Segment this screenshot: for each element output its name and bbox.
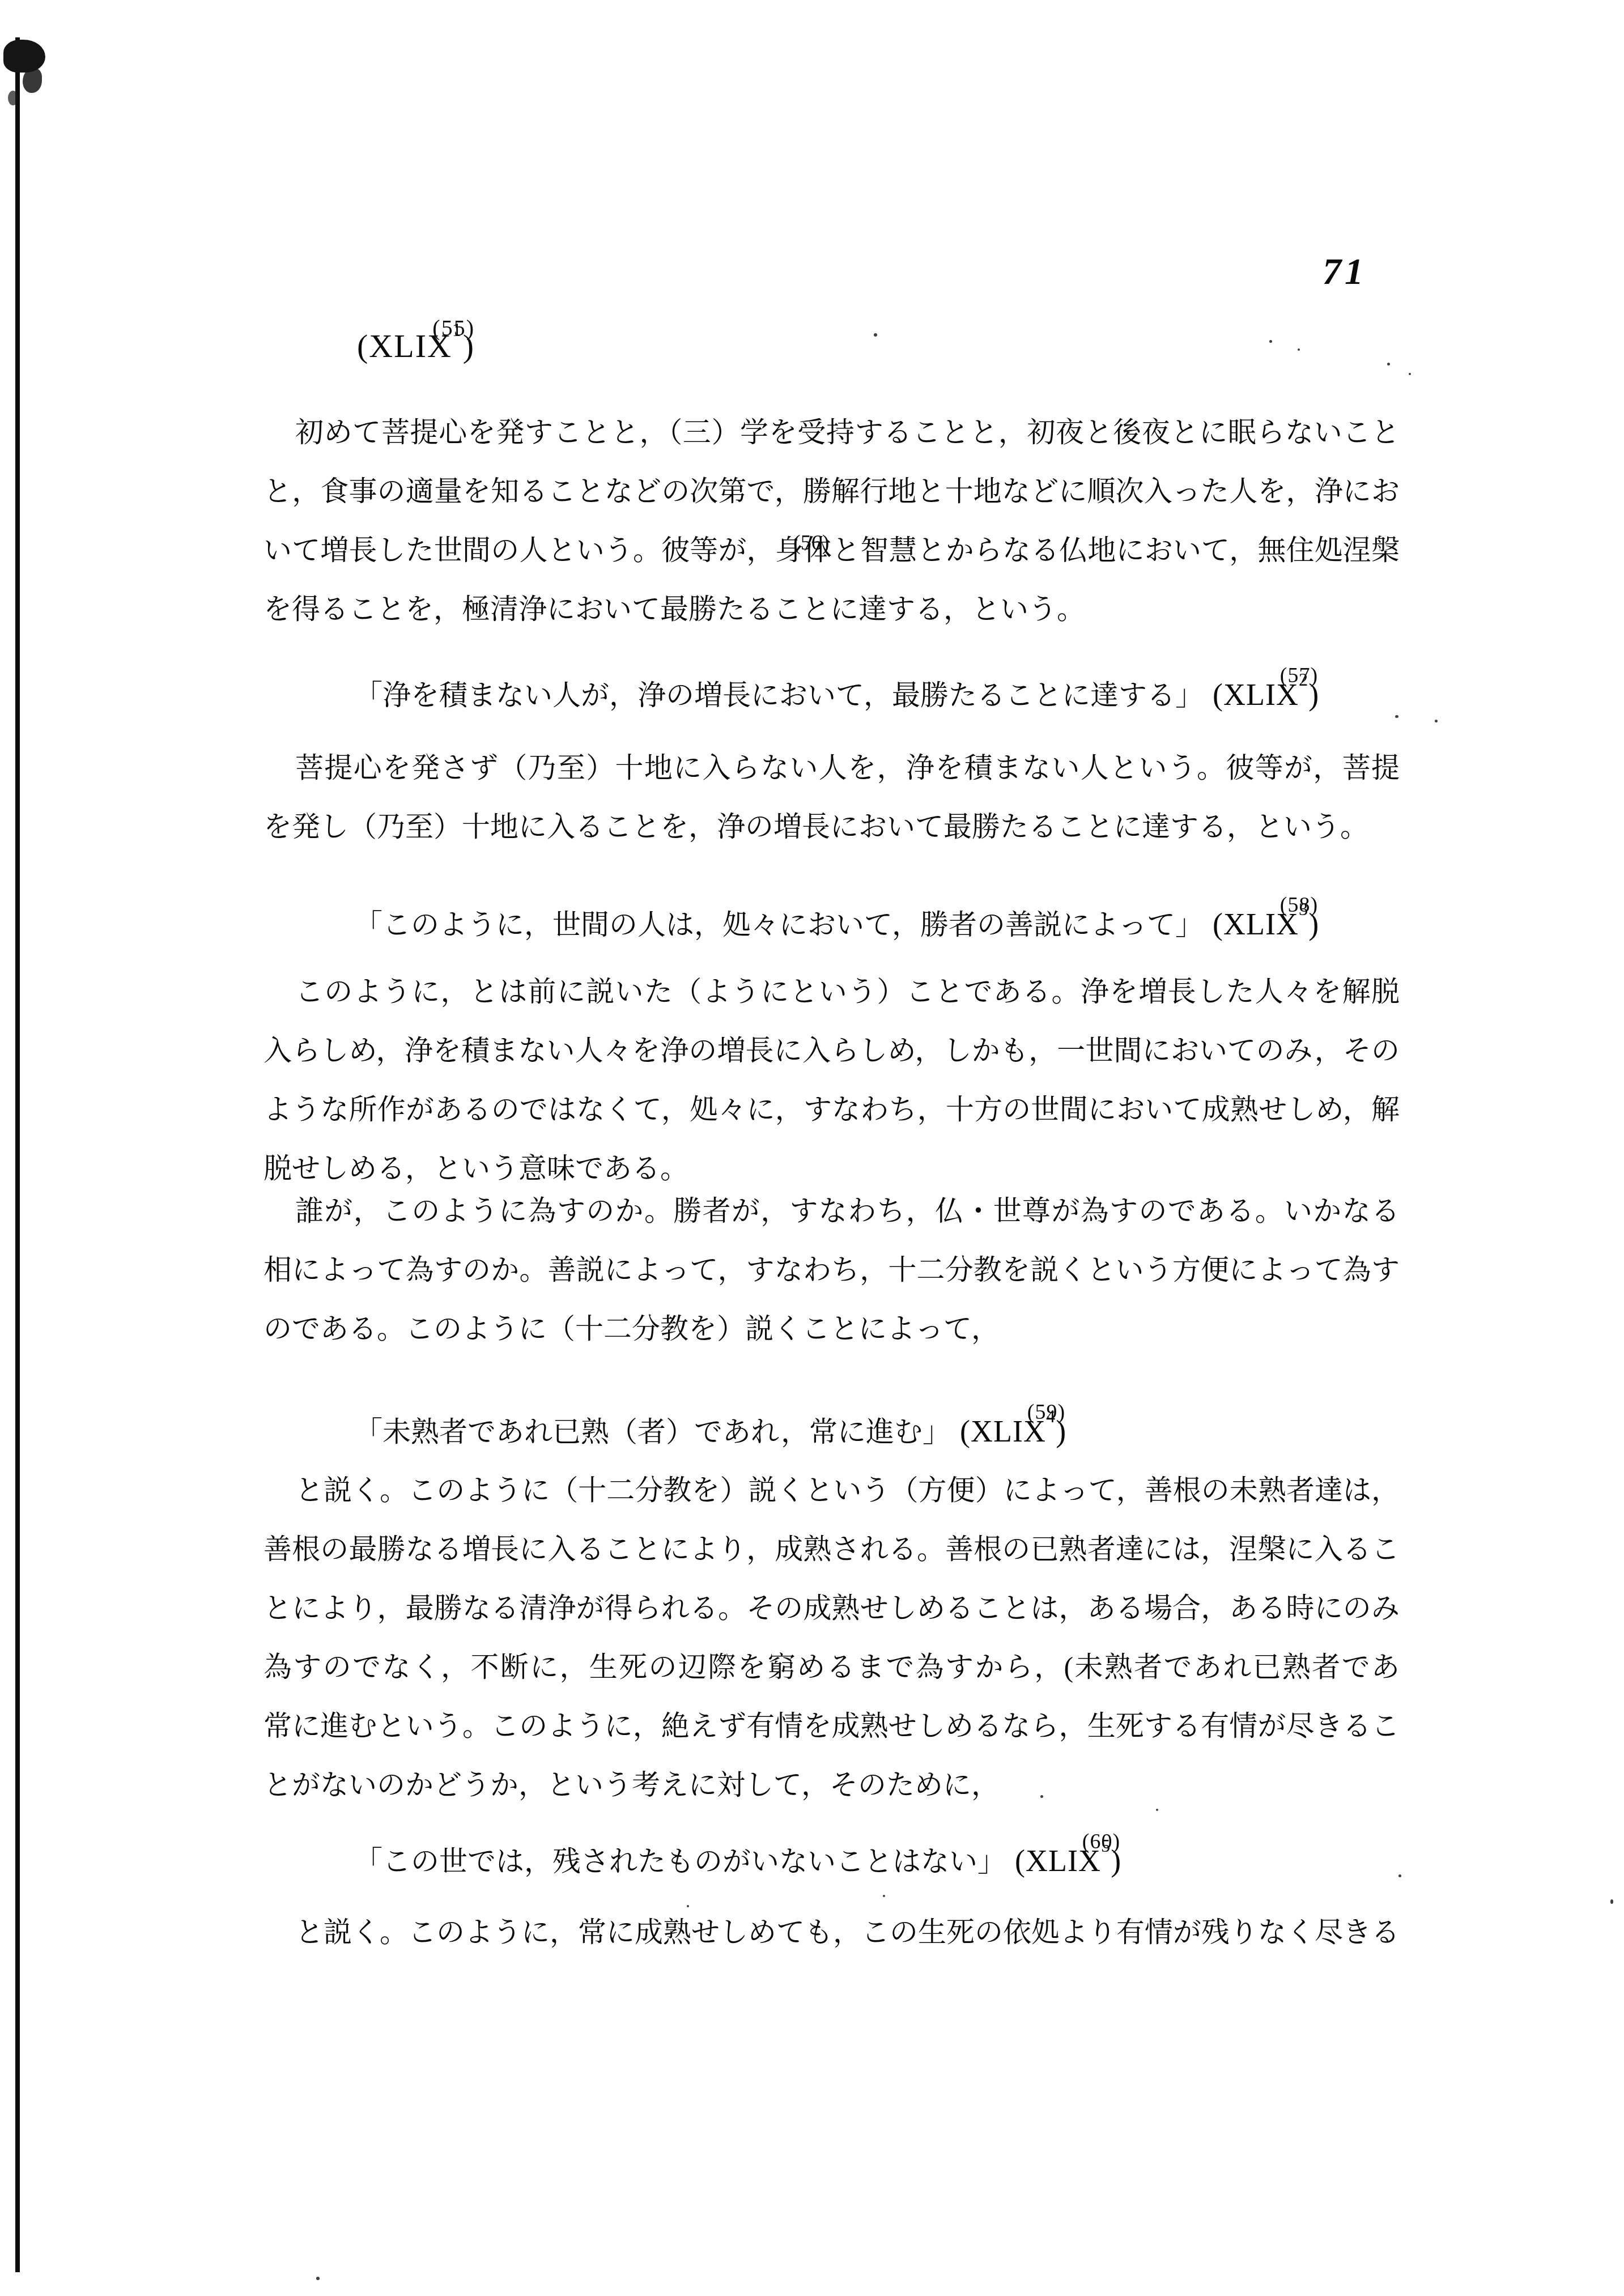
verse-ref-sup: 1 [452,320,463,341]
verse-ref: (60)(XLIX5) [1015,1844,1121,1878]
quote-text: 「この世では，残されたものがいないことはない」 [354,1846,1006,1877]
verse-quote-2: 「このように，世間の人は，処々において，勝者の善説によって」(58)(XLIX3… [263,871,1400,938]
verse-quote-4: 「この世では，残されたものがいないことはない」(60)(XLIX5) [263,1808,1400,1875]
verse-ref: (59)(XLIX4) [960,1414,1066,1448]
scan-speck [1409,373,1411,375]
text-line: と説く。このように，常に成熟せしめても，この生死の依処より有情が残りなく尽きる [263,1903,1400,1962]
scan-ink-blob [3,40,45,73]
scan-ink-blob [23,68,42,93]
verse-ref: (57)(XLIX2) [1213,678,1319,712]
text-line: 善根の最勝なる増長に入ることにより，成熟される。善根の已熟者達には，涅槃に入るこ [263,1520,1400,1579]
text-line: と，食事の適量を知ることなどの次第で，勝解行地と十地などに順次入った人を，浄にお [263,462,1400,521]
verse-ref-sup: 3 [1299,899,1308,920]
scan-speck [1156,1809,1158,1811]
quote-text: 「浄を積まない人が，浄の増長において，最勝たることに達する」 [354,679,1204,711]
page-number: 71 [1323,250,1367,294]
scan-edge-line [15,37,20,2272]
text-line: 誰が，このように為すのか。勝者が，すなわち，仏・世尊が為すのである。いかなる因 [263,1181,1400,1240]
footnote-marker-56: (56) [793,521,829,572]
scan-ink-blob [8,91,18,105]
paragraph-5: と説く。このように（十二分教を）説くという（方便）によって，善根の未熟者達は， … [263,1461,1400,1814]
text-line: を発し（乃至）十地に入ることを，浄の増長において最勝たることに達する，という。 [263,797,1400,856]
paragraph-1: 初めて菩提心を発すことと，（三）学を受持することと，初夜と後夜とに眠らないこと … [263,403,1400,639]
text-line: 相によって為すのか。善説によって，すなわち，十二分教を説くという方便によって為す [263,1240,1400,1299]
verse-quote-1: 「浄を積まない人が，浄の増長において，最勝たることに達する」(57)(XLIX2… [263,642,1400,709]
paragraph-6: と説く。このように，常に成熟せしめても，この生死の依処より有情が残りなく尽きる [263,1903,1400,1962]
text-segment: いて増長した世間の人という。彼等が，身体 [263,534,832,566]
text-line: このように，とは前に説いた（ようにという）ことである。浄を増長した人々を解脱に [263,962,1400,1021]
quote-text: 「未熟者であれ已熟（者）であれ，常に進む」 [354,1416,951,1448]
text-line: 常に進むという。このように，絶えず有情を成熟せしめるなら，生死する有情が尽きるこ [263,1697,1400,1755]
text-line: 為すのでなく，不断に，生死の辺際を窮めるまで為すから，(未熟者であれ已熟者であれ… [263,1638,1400,1697]
text-line: とがないのかどうか，という考えに対して，そのために， [263,1755,1400,1814]
verse-ref: (58)(XLIX3) [1213,907,1319,941]
verse-ref-sup: 2 [1299,670,1308,690]
verse-ref-sup: 4 [1046,1406,1056,1427]
scan-speck [1387,363,1390,365]
text-line: のである。このように（十二分教を）説くことによって， [263,1299,1400,1358]
verse-ref-sup: 5 [1101,1836,1111,1856]
text-line: 入らしめ，浄を積まない人々を浄の増長に入らしめ，しかも，一世間においてのみ，その [263,1021,1400,1080]
text-line: とにより，最勝なる清浄が得られる。その成熟せしめることは，ある場合，ある時にのみ [263,1579,1400,1638]
scan-speck [874,333,877,337]
scan-speck [883,1895,885,1897]
paragraph-4: 誰が，このように為すのか。勝者が，すなわち，仏・世尊が為すのである。いかなる因 … [263,1181,1400,1358]
quote-text: 「このように，世間の人は，処々において，勝者の善説によって」 [354,909,1204,941]
text-line: と説く。このように（十二分教を）説くという（方便）によって，善根の未熟者達は， [263,1461,1400,1520]
scan-speck [1395,715,1398,718]
text-segment: と智慧とからなる仏地において，無住処涅槃 [832,534,1400,566]
scan-speck [687,1905,689,1907]
scan-speck [1610,1899,1613,1904]
scan-speck [1269,340,1272,343]
scan-speck [1298,348,1300,351]
paragraph-3: このように，とは前に説いた（ようにという）ことである。浄を増長した人々を解脱に … [263,962,1400,1198]
scan-speck [1398,1874,1401,1877]
verse-quote-3: 「未熟者であれ已熟（者）であれ，常に進む」(59)(XLIX4) [263,1379,1400,1445]
text-line: 初めて菩提心を発すことと，（三）学を受持することと，初夜と後夜とに眠らないこと [263,403,1400,462]
text-line: を得ることを，極清浄において最勝たることに達する，という。 [263,580,1400,639]
text-line: 菩提心を発さず（乃至）十地に入らない人を，浄を積まない人という。彼等が，菩提心 [263,738,1400,797]
scan-speck [1435,720,1438,722]
verse-ref: (55)(XLIX1) [357,328,475,364]
scan-speck [316,2277,320,2280]
paragraph-2: 菩提心を発さず（乃至）十地に入らない人を，浄を積まない人という。彼等が，菩提心 … [263,738,1400,856]
verse-ref-heading: (55)(XLIX1) [357,314,475,365]
text-line: いて増長した世間の人という。彼等が，身体(56)と智慧とからなる仏地において，無… [263,521,1400,580]
text-line: ような所作があるのではなくて，処々に，すなわち，十方の世間において成熟せしめ，解 [263,1080,1400,1139]
scanned-page: 71 (55)(XLIX1) 初めて菩提心を発すことと，（三）学を受持することと… [0,0,1624,2296]
scan-speck [1040,1795,1043,1798]
